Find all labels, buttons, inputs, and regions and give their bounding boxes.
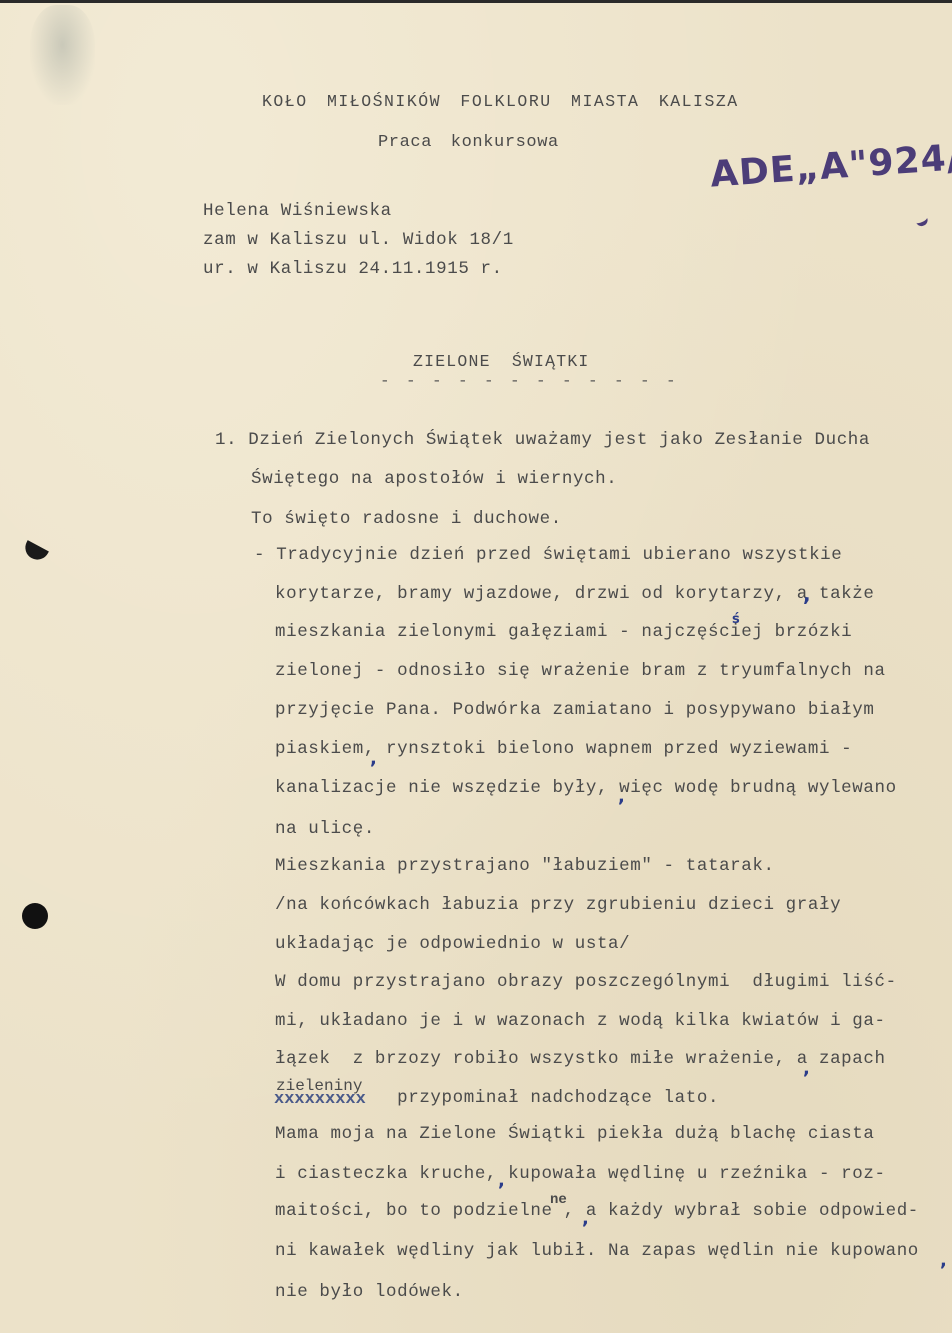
body-line-13: /na końcówkach łabuzia przy zgrubieniu d… xyxy=(275,895,841,915)
scan-top-edge xyxy=(0,0,952,3)
body-line-21: maitości, bo to podzielne , a każdy wybr… xyxy=(275,1201,919,1221)
organization-heading: KOŁO MIŁOŚNIKÓW FOLKLORU MIASTA KALISZA xyxy=(262,92,739,111)
body-line-11: na ulicę. xyxy=(275,819,375,839)
title-underline: - - - - - - - - - - - - xyxy=(380,372,679,390)
body-line-23: nie było lodówek. xyxy=(275,1282,464,1302)
body-line-7: zielonej - odnosiło się wrażenie bram z … xyxy=(275,661,886,681)
body-line-4: - Tradycyjnie dzień przed świętami ubier… xyxy=(254,545,842,565)
inserted-syllable: ne xyxy=(550,1192,567,1208)
body-line-6: mieszkania zielonymi gałęziami - najczęś… xyxy=(275,622,852,642)
punch-notch xyxy=(21,540,49,564)
archive-signature-mark: ADE„A"924/1 xyxy=(709,135,952,195)
archive-mark-tick xyxy=(914,214,929,228)
author-name: Helena Wiśniewska xyxy=(203,201,392,221)
ink-comma-mark: , xyxy=(498,1170,505,1191)
author-birth: ur. w Kaliszu 24.11.1915 r. xyxy=(203,259,503,279)
ink-comma-mark: , xyxy=(370,748,377,769)
paper-smudge xyxy=(30,5,95,105)
overtyped-correction: zieleniny xyxy=(276,1077,362,1095)
ink-comma-mark: , xyxy=(940,1250,947,1271)
ink-comma-mark: , xyxy=(803,582,811,606)
body-line-9: piaskiem, rynsztoki bielono wapnem przed… xyxy=(275,739,852,759)
body-line-8: przyjęcie Pana. Podwórka zamiatano i pos… xyxy=(275,700,875,720)
ink-inserted-letter: ś xyxy=(732,612,740,627)
body-line-1: 1. Dzień Zielonych Świątek uważamy jest … xyxy=(215,430,870,450)
body-line-15: W domu przystrajano obrazy poszczególnym… xyxy=(275,972,897,992)
punch-hole xyxy=(22,903,48,929)
body-line-20: i ciasteczka kruche, kupowała wędlinę u … xyxy=(275,1164,886,1184)
ink-comma-mark: , xyxy=(803,1058,810,1079)
author-address: zam w Kaliszu ul. Widok 18/1 xyxy=(203,230,514,250)
body-line-22: ni kawałek wędliny jak lubił. Na zapas w… xyxy=(275,1241,919,1261)
ink-comma-mark: , xyxy=(618,786,625,807)
body-line-17: łązek z brzozy robiło wszystko miłe wraż… xyxy=(275,1049,886,1069)
body-line-2: Świętego na apostołów i wiernych. xyxy=(251,469,617,489)
document-subtitle: Praca konkursowa xyxy=(378,133,559,152)
body-line-5: korytarze, bramy wjazdowe, drzwi od kory… xyxy=(275,584,875,604)
body-line-3: To święto radosne i duchowe. xyxy=(251,509,562,529)
body-line-10: kanalizacje nie wszędzie były, więc wodę… xyxy=(275,778,897,798)
body-line-19: Mama moja na Zielone Świątki piekła dużą… xyxy=(275,1124,875,1144)
body-line-16: mi, układano je i w wazonach z wodą kilk… xyxy=(275,1011,886,1031)
document-title: ZIELONE ŚWIĄTKI xyxy=(413,352,590,371)
ink-comma-mark: , xyxy=(582,1208,589,1229)
body-line-12: Mieszkania przystrajano "łabuziem" - tat… xyxy=(275,856,775,876)
body-line-14: układając je odpowiednio w usta/ xyxy=(275,934,630,954)
